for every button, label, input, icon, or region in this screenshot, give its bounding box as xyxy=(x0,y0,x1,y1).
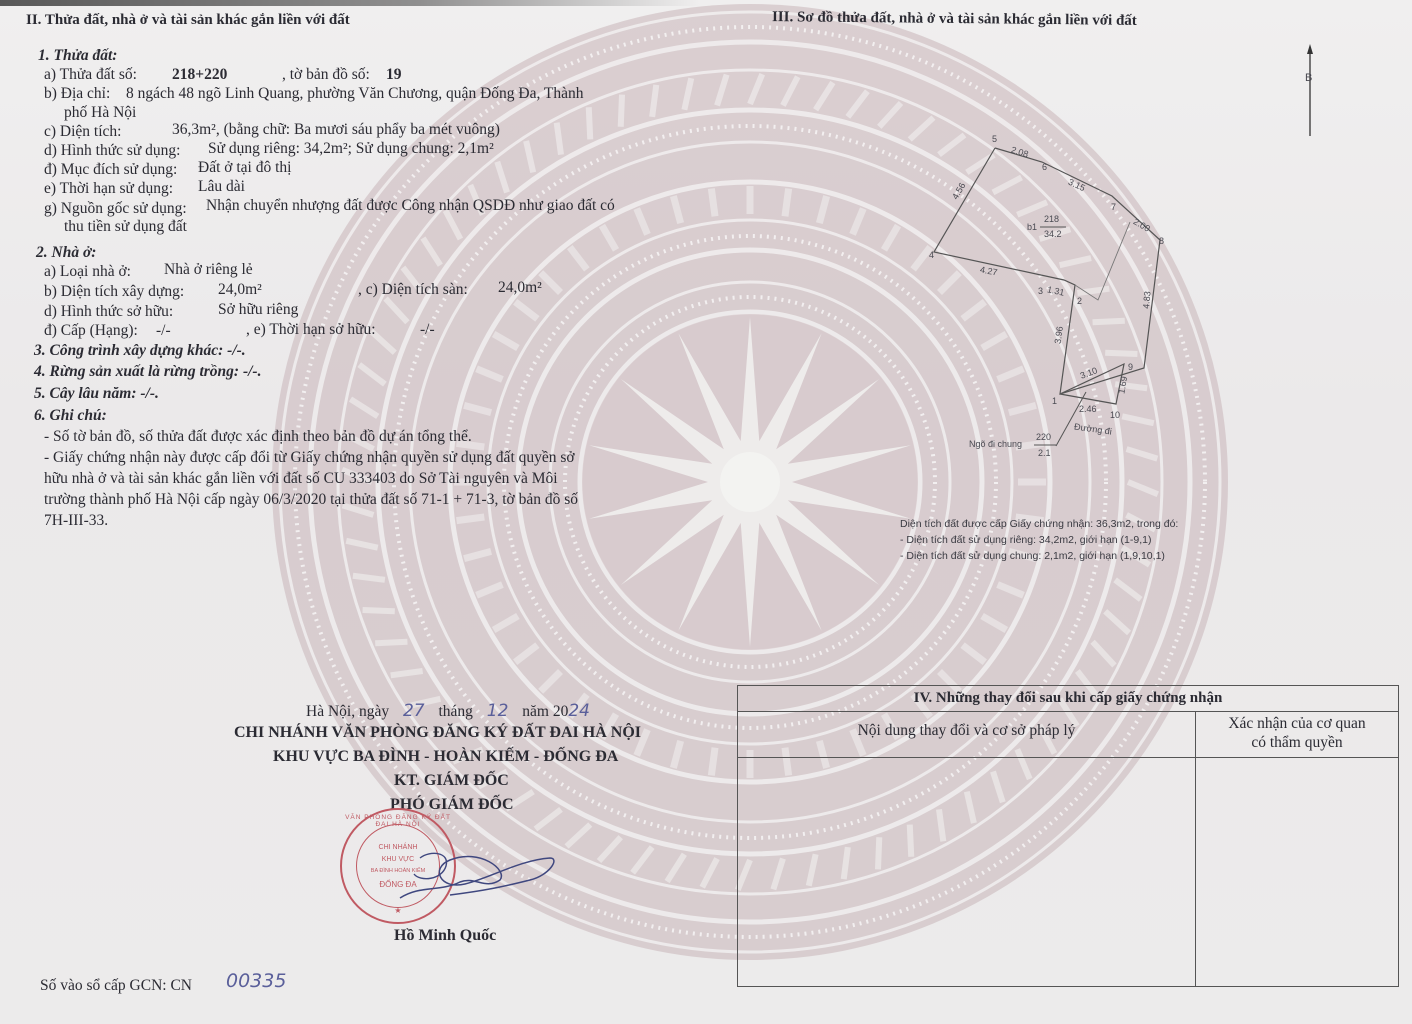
edge-8-9: 4.83 xyxy=(1141,291,1152,309)
vertex-6: 6 xyxy=(1042,162,1047,172)
changes-table: IV. Những thay đổi sau khi cấp giấy chứn… xyxy=(737,685,1399,987)
month-label: tháng xyxy=(438,703,472,720)
registry-label: Số vào sổ cấp GCN: CN xyxy=(40,976,192,995)
plot-main-prefix: b1 xyxy=(1027,222,1037,232)
plot-main-number: 218 xyxy=(1044,214,1059,224)
signature-scribble xyxy=(390,840,560,910)
signer-name: Hồ Minh Quốc xyxy=(394,926,496,945)
summary-line2: - Diện tích đất sử dụng riêng: 34,2m2, g… xyxy=(900,533,1151,548)
stamp-ring-text: VĂN PHÒNG ĐĂNG KÝ ĐẤT ĐAI HÀ NỘI xyxy=(342,814,454,828)
north-label: B xyxy=(1305,72,1312,84)
common-path-label: Ngõ đi chung xyxy=(969,439,1022,449)
summary-line1: Diện tích đất được cấp Giấy chứng nhận: … xyxy=(900,517,1178,532)
role-line1: KT. GIÁM ĐỐC xyxy=(394,771,509,790)
certificate-page: II. Thửa đất, nhà ở và tài sản khác gắn … xyxy=(0,0,1412,1024)
edge-1-10: 2.46 xyxy=(1079,404,1097,414)
vertex-7: 7 xyxy=(1111,202,1116,212)
handwritten-month: 12 xyxy=(487,701,509,721)
org-line2: KHU VỰC BA ĐÌNH - HOÀN KIẾM - ĐỐNG ĐA xyxy=(273,747,618,766)
year-label: năm 20 xyxy=(522,703,568,720)
col-change-content-header: Nội dung thay đổi và cơ sở pháp lý xyxy=(738,712,1196,758)
vertex-2: 2 xyxy=(1077,296,1082,306)
col2-line2: có thẩm quyền xyxy=(1251,734,1342,751)
plot-common-area: 2.1 xyxy=(1038,448,1051,458)
north-arrow-icon xyxy=(1307,44,1313,136)
vertex-4: 4 xyxy=(929,250,934,260)
plot-common-number: 220 xyxy=(1036,432,1051,442)
vertex-9: 9 xyxy=(1128,362,1133,372)
change-content-cell xyxy=(738,758,1196,987)
vertex-10: 10 xyxy=(1110,410,1120,420)
authority-confirmation-cell xyxy=(1196,758,1399,987)
summary-line3: - Diện tích đất sử dụng chung: 2,1m2, gi… xyxy=(900,549,1165,564)
vertex-3: 3 xyxy=(1038,286,1043,296)
col-authority-confirmation-header: Xác nhận của cơ quan có thẩm quyền xyxy=(1196,712,1399,758)
handwritten-day: 27 xyxy=(403,701,425,721)
section-iv-title: IV. Những thay đổi sau khi cấp giấy chứn… xyxy=(738,686,1399,712)
vertex-8: 8 xyxy=(1159,236,1164,246)
plot-main-area: 34.2 xyxy=(1044,229,1062,239)
col2-line1: Xác nhận của cơ quan xyxy=(1228,715,1365,732)
registry-number: 00335 xyxy=(226,972,286,991)
vertex-1: 1 xyxy=(1052,396,1057,406)
place-date-prefix: Hà Nội, ngày xyxy=(306,703,389,720)
handwritten-year: 24 xyxy=(568,701,590,721)
place-date: Hà Nội, ngày 27 tháng 12 năm 2024 xyxy=(306,702,590,721)
org-line1: CHI NHÁNH VĂN PHÒNG ĐĂNG KÝ ĐẤT ĐAI HÀ N… xyxy=(234,723,641,742)
vertex-5: 5 xyxy=(992,134,997,144)
